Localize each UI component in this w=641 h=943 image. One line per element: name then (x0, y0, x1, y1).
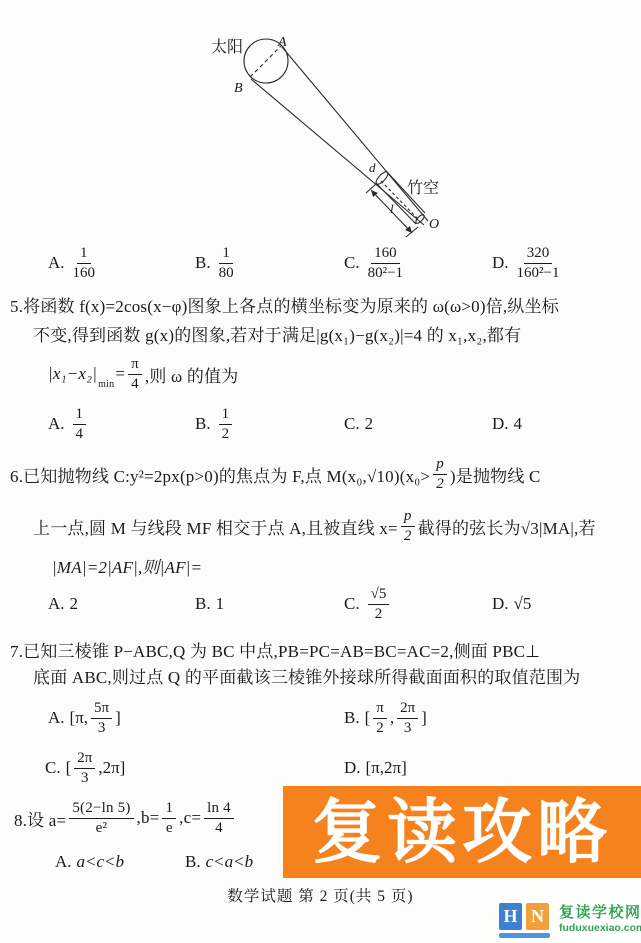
fraction: 2π3 (74, 750, 95, 787)
fraction-denominator: 2 (222, 425, 230, 443)
option-value: 4 (514, 414, 523, 434)
logo-h-letter: H (503, 906, 517, 927)
option-label: B. (195, 414, 211, 434)
fraction-numerator: 160 (371, 245, 400, 264)
option-label: D. (492, 253, 509, 273)
fraction-numerator: 1 (219, 245, 233, 264)
option-label: B. (195, 253, 211, 273)
fraction: 14 (73, 406, 87, 443)
fraction: π2 (373, 700, 387, 737)
formula-segment: 上一点,圆 M 与线段 MF 相交于点 A,且被直线 x= (33, 514, 398, 539)
tube-diameter-label: d (369, 160, 376, 175)
option-label: C. (344, 414, 360, 434)
fraction-numerator: 1 (73, 406, 87, 425)
option-label: B. (344, 708, 360, 728)
q7-line-2: 底面 ABC,则过点 Q 的平面截该三棱锥外接球所得截面面积的取值范围为 (33, 662, 580, 688)
fraction-denominator: 4 (131, 375, 139, 393)
q5-line-3: |x₁−x₂|min= π4 ,则 ω 的值为 (48, 356, 238, 392)
site-name: 复读学校网 (559, 904, 641, 921)
point-o-label: O (429, 217, 439, 232)
fraction: 2π3 (397, 700, 418, 737)
fraction-denominator: 2 (436, 475, 444, 493)
q7-answer-c: C. [ 2π3 ,2π] (45, 748, 125, 788)
fraction-denominator: 4 (215, 819, 223, 837)
q8-line-1: 8.设 a= 5(2−ln 5)e² ,b= 1e ,c= ln 44 (14, 796, 237, 840)
fraction: 320160²−1 (517, 245, 560, 282)
formula-segment: 8.设 a= (14, 806, 66, 831)
option-label: C. (344, 253, 360, 273)
q5-line-1: 5.将函数 f(x)=2cos(x−φ)图象上各点的横坐标变为原来的 ω(ω>0… (10, 292, 559, 316)
formula-segment: 6.已知抛物线 C:y²=2px(p>0)的焦点为 F,点 M(x₀,√10)(… (10, 462, 430, 487)
interval-open: [ (365, 708, 371, 728)
interval-open: [π, (70, 708, 89, 728)
q6-answer-a: A. 2 (48, 584, 78, 624)
fraction-numerator: 2π (397, 700, 418, 719)
fraction-numerator: 2π (74, 750, 95, 769)
fraction-denominator: 3 (98, 719, 106, 737)
point-a-label: A (277, 35, 287, 50)
formula-segment: ,b= (137, 808, 160, 828)
q8-answer-b: B. c<a<b (185, 850, 253, 874)
interval-separator: , (390, 708, 394, 728)
option-label: A. (48, 253, 65, 273)
formula-segment: ,则 ω 的值为 (145, 362, 239, 387)
q6-line-3: |MA|=2|AF|,则|AF|= (52, 553, 202, 577)
option-label: A. (55, 852, 72, 872)
q4-answer-c: C. 16080²−1 (344, 242, 406, 284)
site-logo: H N 复读学校网 fuduxuexiao.com (497, 896, 641, 942)
option-label: A. (48, 708, 65, 728)
fraction: √52 (368, 586, 390, 623)
fraction-numerator: 1 (77, 245, 91, 264)
site-url: fuduxuexiao.com (559, 922, 641, 934)
fraction-numerator: 5(2−ln 5) (69, 800, 133, 819)
fraction-numerator: √5 (368, 586, 390, 605)
fraction-numerator: 320 (524, 245, 553, 264)
fraction-denominator: 160 (73, 264, 96, 282)
exam-paper-page: { "figure": { "sun_label": "太阳", "point_… (0, 0, 641, 943)
fraction: 1e (162, 800, 176, 837)
option-value: 2 (70, 594, 79, 614)
fraction-denominator: 3 (404, 719, 412, 737)
fraction-denominator: 3 (81, 769, 89, 787)
option-value: a<c<b (77, 852, 125, 872)
formula-segment: = (115, 364, 125, 384)
option-value: c<a<b (206, 852, 254, 872)
fraction: π4 (128, 356, 142, 393)
q7-answer-d: D. [π,2π] (344, 748, 407, 788)
sun-tube-figure: 太阳 A B d l O 竹空 (0, 20, 641, 242)
q6-answer-b: B. 1 (195, 584, 224, 624)
q6-answer-d: D. √5 (492, 584, 531, 624)
logo-h-tile: H (498, 902, 523, 931)
q4-answer-d: D. 320160²−1 (492, 242, 563, 284)
fraction-denominator: 4 (76, 425, 84, 443)
fraction: ln 44 (204, 800, 234, 837)
fraction: p2 (401, 508, 415, 545)
q5-answer-b: B. 12 (195, 404, 235, 444)
fraction: 1160 (73, 245, 96, 282)
logo-n-tile: N (525, 902, 550, 931)
q6-line-1: 6.已知抛物线 C:y²=2px(p>0)的焦点为 F,点 M(x₀,√10)(… (10, 455, 541, 493)
option-label: D. (344, 758, 361, 778)
min-subscript: min (98, 379, 114, 390)
option-value: 2 (365, 414, 374, 434)
option-value: 1 (216, 594, 225, 614)
fraction-numerator: 1 (162, 800, 176, 819)
fraction-numerator: p (433, 456, 447, 475)
q7-answer-a: A. [π, 5π3 ] (48, 698, 121, 738)
option-label: B. (185, 852, 201, 872)
fraction-numerator: p (401, 508, 415, 527)
option-value: [π,2π] (366, 758, 407, 778)
q5-answer-c: C. 2 (344, 404, 373, 444)
logo-base-bar (499, 933, 550, 938)
fraction-denominator: 2 (376, 719, 384, 737)
sightline-bottom (251, 79, 424, 225)
q8-answer-a: A. a<c<b (55, 850, 124, 874)
q5-answer-d: D. 4 (492, 404, 522, 444)
interval-open: [ (66, 758, 72, 778)
formula-segment: 截得的弦长为√3|MA|,若 (418, 514, 596, 539)
fraction-denominator: 2 (375, 605, 383, 623)
fraction-numerator: ln 4 (204, 800, 234, 819)
formula-segment: )是抛物线 C (450, 462, 541, 487)
fraction: 5π3 (91, 700, 112, 737)
tube-length-label: l (390, 201, 394, 216)
option-label: D. (492, 594, 509, 614)
fraction-denominator: 160²−1 (517, 264, 560, 282)
sun-label: 太阳 (211, 38, 243, 56)
fraction-numerator: 5π (91, 700, 112, 719)
formula-segment: |x₁−x₂| (48, 364, 97, 384)
fraction-numerator: π (128, 356, 142, 375)
logo-book-tiles: H N (497, 898, 553, 940)
q6-answer-c: C. √52 (344, 584, 392, 624)
q4-answer-a: A. 1160 (48, 242, 98, 284)
option-label: D. (492, 414, 509, 434)
fraction: 12 (219, 406, 233, 443)
fraction: 16080²−1 (368, 245, 403, 282)
interval-close: ] (421, 708, 427, 728)
watermark-text: 复读攻略 (312, 797, 612, 867)
fraction-denominator: 2 (404, 527, 412, 545)
bamboo-tube-label: 竹空 (407, 179, 439, 197)
option-label: B. (195, 594, 211, 614)
option-label: C. (344, 594, 360, 614)
q5-line-2: 不变,得到函数 g(x)的图象,若对于满足|g(x₁)−g(x₂)|=4 的 x… (33, 320, 521, 346)
sun-diameter-dashed (250, 46, 281, 77)
fraction-numerator: π (373, 700, 387, 719)
option-value: √5 (514, 594, 532, 614)
fraction: 180 (219, 245, 234, 282)
q5-answer-a: A. 14 (48, 404, 89, 444)
q4-answer-b: B. 180 (195, 242, 237, 284)
watermark-banner: 复读攻略 (283, 786, 641, 878)
option-label: A. (48, 594, 65, 614)
logo-n-letter: N (531, 906, 544, 927)
point-b-label: B (234, 81, 243, 96)
fraction-denominator: e (166, 819, 173, 837)
interval-close: ] (115, 708, 121, 728)
q6-line-2: 上一点,圆 M 与线段 MF 相交于点 A,且被直线 x= p2 截得的弦长为√… (33, 507, 596, 545)
fraction-numerator: 1 (219, 406, 233, 425)
q7-answer-b: B. [ π2 , 2π3 ] (344, 698, 427, 738)
fraction-denominator: e² (96, 819, 108, 837)
interval-close: ,2π] (98, 758, 125, 778)
q7-line-1: 7.已知三棱锥 P−ABC,Q 为 BC 中点,PB=PC=AB=BC=AC=2… (10, 636, 540, 662)
fraction: 5(2−ln 5)e² (69, 800, 133, 837)
option-label: A. (48, 414, 65, 434)
logo-text-block: 复读学校网 fuduxuexiao.com (559, 904, 641, 933)
formula-segment: ,c= (179, 808, 201, 828)
option-label: C. (45, 758, 61, 778)
fraction-denominator: 80 (219, 264, 234, 282)
fraction: p2 (433, 456, 447, 493)
fraction-denominator: 80²−1 (368, 264, 403, 282)
